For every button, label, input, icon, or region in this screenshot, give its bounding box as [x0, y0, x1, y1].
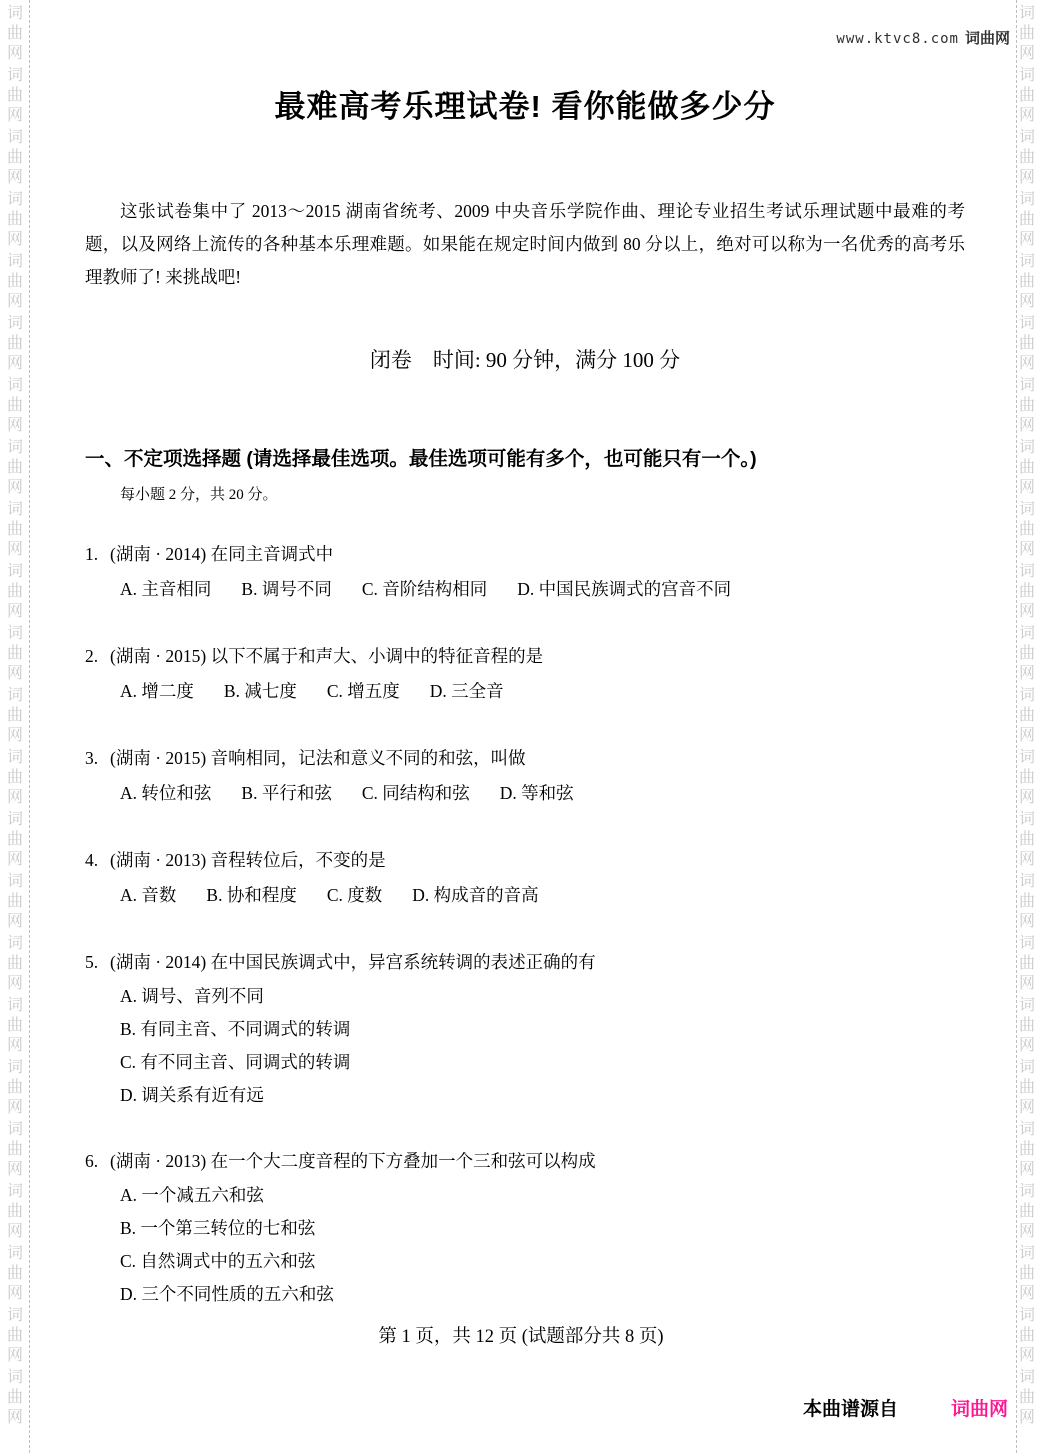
- option-column: A. 调号、音列不同 B. 有同主音、不同调式的转调 C. 有不同主音、同调式的…: [85, 980, 965, 1112]
- option-item: C. 度数: [327, 878, 382, 913]
- option-item: D. 调关系有近有远: [120, 1079, 965, 1112]
- question-number: 2.: [85, 639, 110, 674]
- question-number: 3.: [85, 741, 110, 776]
- question-stem: (湖南 · 2015) 音响相同，记法和意义不同的和弦，叫做: [110, 741, 965, 776]
- question-header: 3. (湖南 · 2015) 音响相同，记法和意义不同的和弦，叫做: [85, 741, 965, 776]
- option-column: A. 一个减五六和弦 B. 一个第三转位的七和弦 C. 自然调式中的五六和弦 D…: [85, 1179, 965, 1311]
- option-item: A. 主音相同: [120, 572, 211, 607]
- document-content: 最难高考乐理试卷! 看你能做多少分 这张试卷集中了 2013～2015 湖南省统…: [85, 0, 965, 1343]
- exam-page: 词曲网词曲网词曲网词曲网词曲网词曲网词曲网词曲网词曲网词曲网词曲网词曲网词曲网词…: [0, 0, 1042, 1453]
- side-watermark-column: 词曲网词曲网词曲网词曲网词曲网词曲网词曲网词曲网词曲网词曲网词曲网词曲网词曲网词…: [1015, 4, 1039, 1453]
- option-item: D. 三个不同性质的五六和弦: [120, 1278, 965, 1311]
- option-item: C. 音阶结构相同: [362, 572, 487, 607]
- side-watermark-column: 词曲网词曲网词曲网词曲网词曲网词曲网词曲网词曲网词曲网词曲网词曲网词曲网词曲网词…: [3, 4, 27, 1453]
- question-stem: (湖南 · 2014) 在同主音调式中: [110, 537, 965, 572]
- option-item: C. 自然调式中的五六和弦: [120, 1245, 965, 1278]
- question-item: 3. (湖南 · 2015) 音响相同，记法和意义不同的和弦，叫做 A. 转位和…: [85, 741, 965, 811]
- question-stem: (湖南 · 2013) 在一个大二度音程的下方叠加一个三和弦可以构成: [110, 1144, 965, 1179]
- option-item: D. 等和弦: [500, 776, 574, 811]
- option-item: B. 平行和弦: [241, 776, 331, 811]
- question-header: 6. (湖南 · 2013) 在一个大二度音程的下方叠加一个三和弦可以构成: [85, 1144, 965, 1179]
- question-header: 4. (湖南 · 2013) 音程转位后，不变的是: [85, 843, 965, 878]
- option-item: B. 一个第三转位的七和弦: [120, 1212, 965, 1245]
- question-stem: (湖南 · 2015) 以下不属于和声大、小调中的特征音程的是: [110, 639, 965, 674]
- intro-paragraph: 这张试卷集中了 2013～2015 湖南省统考、2009 中央音乐学院作曲、理论…: [85, 195, 965, 294]
- question-item: 6. (湖南 · 2013) 在一个大二度音程的下方叠加一个三和弦可以构成 A.…: [85, 1144, 965, 1311]
- option-item: C. 有不同主音、同调式的转调: [120, 1046, 965, 1079]
- option-row: A. 音数 B. 协和程度 C. 度数 D. 构成音的音高: [85, 878, 965, 913]
- option-item: A. 调号、音列不同: [120, 980, 965, 1013]
- question-header: 5. (湖南 · 2014) 在中国民族调式中，异宫系统转调的表述正确的有: [85, 945, 965, 980]
- question-header: 2. (湖南 · 2015) 以下不属于和声大、小调中的特征音程的是: [85, 639, 965, 674]
- option-item: A. 增二度: [120, 674, 194, 709]
- section-heading: 一、不定项选择题 (请选择最佳选项。最佳选项可能有多个，也可能只有一个。): [85, 446, 965, 472]
- left-dashed-border: [29, 0, 30, 1453]
- page-title: 最难高考乐理试卷! 看你能做多少分: [85, 86, 965, 128]
- option-row: A. 转位和弦 B. 平行和弦 C. 同结构和弦 D. 等和弦: [85, 776, 965, 811]
- question-item: 1. (湖南 · 2014) 在同主音调式中 A. 主音相同 B. 调号不同 C…: [85, 537, 965, 607]
- option-item: D. 三全音: [430, 674, 504, 709]
- source-prefix-text: 本曲谱源自: [803, 1397, 898, 1423]
- page-footer: 第 1 页，共 12 页 (试题部分共 8 页): [0, 1323, 1042, 1351]
- question-number: 6.: [85, 1144, 110, 1179]
- question-item: 5. (湖南 · 2014) 在中国民族调式中，异宫系统转调的表述正确的有 A.…: [85, 945, 965, 1112]
- question-number: 1.: [85, 537, 110, 572]
- option-item: C. 增五度: [327, 674, 400, 709]
- section-note: 每小题 2 分，共 20 分。: [120, 483, 965, 507]
- option-item: B. 有同主音、不同调式的转调: [120, 1013, 965, 1046]
- option-item: B. 协和程度: [206, 878, 296, 913]
- question-stem: (湖南 · 2014) 在中国民族调式中，异宫系统转调的表述正确的有: [110, 945, 965, 980]
- option-item: A. 音数: [120, 878, 176, 913]
- option-item: D. 构成音的音高: [412, 878, 538, 913]
- question-number: 5.: [85, 945, 110, 980]
- option-item: A. 一个减五六和弦: [120, 1179, 965, 1212]
- option-item: C. 同结构和弦: [362, 776, 470, 811]
- option-item: B. 调号不同: [241, 572, 331, 607]
- option-item: A. 转位和弦: [120, 776, 211, 811]
- option-row: A. 增二度 B. 减七度 C. 增五度 D. 三全音: [85, 674, 965, 709]
- option-row: A. 主音相同 B. 调号不同 C. 音阶结构相同 D. 中国民族调式的宫音不同: [85, 572, 965, 607]
- option-item: D. 中国民族调式的宫音不同: [517, 572, 731, 607]
- question-item: 2. (湖南 · 2015) 以下不属于和声大、小调中的特征音程的是 A. 增二…: [85, 639, 965, 709]
- question-item: 4. (湖南 · 2013) 音程转位后，不变的是 A. 音数 B. 协和程度 …: [85, 843, 965, 913]
- question-stem: (湖南 · 2013) 音程转位后，不变的是: [110, 843, 965, 878]
- question-list: 1. (湖南 · 2014) 在同主音调式中 A. 主音相同 B. 调号不同 C…: [85, 537, 965, 1311]
- source-brand-text: 词曲网: [951, 1397, 1008, 1423]
- question-header: 1. (湖南 · 2014) 在同主音调式中: [85, 537, 965, 572]
- question-number: 4.: [85, 843, 110, 878]
- bottom-source-line: 本曲谱源自 词曲网: [803, 1397, 1008, 1423]
- option-item: B. 减七度: [224, 674, 297, 709]
- watermark-brand-text: 词曲网: [965, 30, 1010, 47]
- exam-meta-line: 闭卷 时间: 90 分钟，满分 100 分: [85, 344, 965, 376]
